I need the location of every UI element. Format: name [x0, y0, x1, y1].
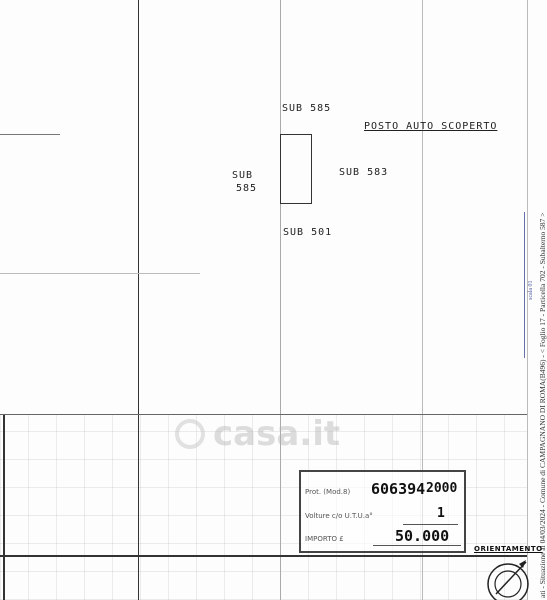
- stamp-protocol-value: 606394: [371, 480, 425, 498]
- label-sub-bottom: SUB 501: [283, 227, 332, 238]
- margin-cadastral-reference: ati - Situazione al 04/03/2024 - Comune …: [538, 213, 547, 598]
- orientation-label: ORIENTAMENTO: [474, 545, 543, 553]
- stamp-protocol-label: Prot. (Mod.8): [305, 488, 350, 496]
- watermark: casa.it: [175, 412, 375, 456]
- label-sub-top: SUB 585: [282, 103, 331, 114]
- north-arrow-icon: [486, 556, 536, 600]
- grid-line-border: [3, 414, 5, 600]
- watermark-text: casa.it: [213, 414, 340, 454]
- watermark-logo-icon: [175, 419, 205, 449]
- plan-sheet: SUB 585 POSTO AUTO SCOPERTO SUB 585 SUB …: [0, 0, 547, 600]
- grid-line-horizontal: [0, 555, 527, 557]
- scale-bar: [524, 212, 525, 358]
- label-sub-left-2: 585: [236, 183, 257, 194]
- stamp-line: [403, 524, 458, 525]
- stamp-importo-label: IMPORTO £: [305, 535, 344, 543]
- grid-line-vertical: [527, 0, 528, 600]
- grid-line-vertical: [138, 0, 139, 600]
- plan-title: POSTO AUTO SCOPERTO: [364, 121, 497, 132]
- stamp-line: [373, 545, 461, 546]
- label-sub-right: SUB 583: [339, 167, 388, 178]
- stamp-importo-value: 50.000: [395, 527, 449, 545]
- stamp-protocol-year: 2000: [426, 481, 457, 496]
- scale-label: scala 01: [528, 281, 534, 301]
- grid-line-vertical: [280, 0, 281, 600]
- grid-line-horizontal: [0, 273, 200, 274]
- parking-space-outline: [280, 134, 312, 204]
- registration-stamp: Prot. (Mod.8) 606394 2000 Volture c/o U.…: [299, 470, 466, 553]
- stamp-volture-value: 1: [437, 506, 445, 521]
- label-sub-left-1: SUB: [232, 170, 253, 181]
- grid-line-horizontal: [0, 134, 60, 135]
- stamp-volture-label: Volture c/o U.T.U.a°: [305, 512, 373, 520]
